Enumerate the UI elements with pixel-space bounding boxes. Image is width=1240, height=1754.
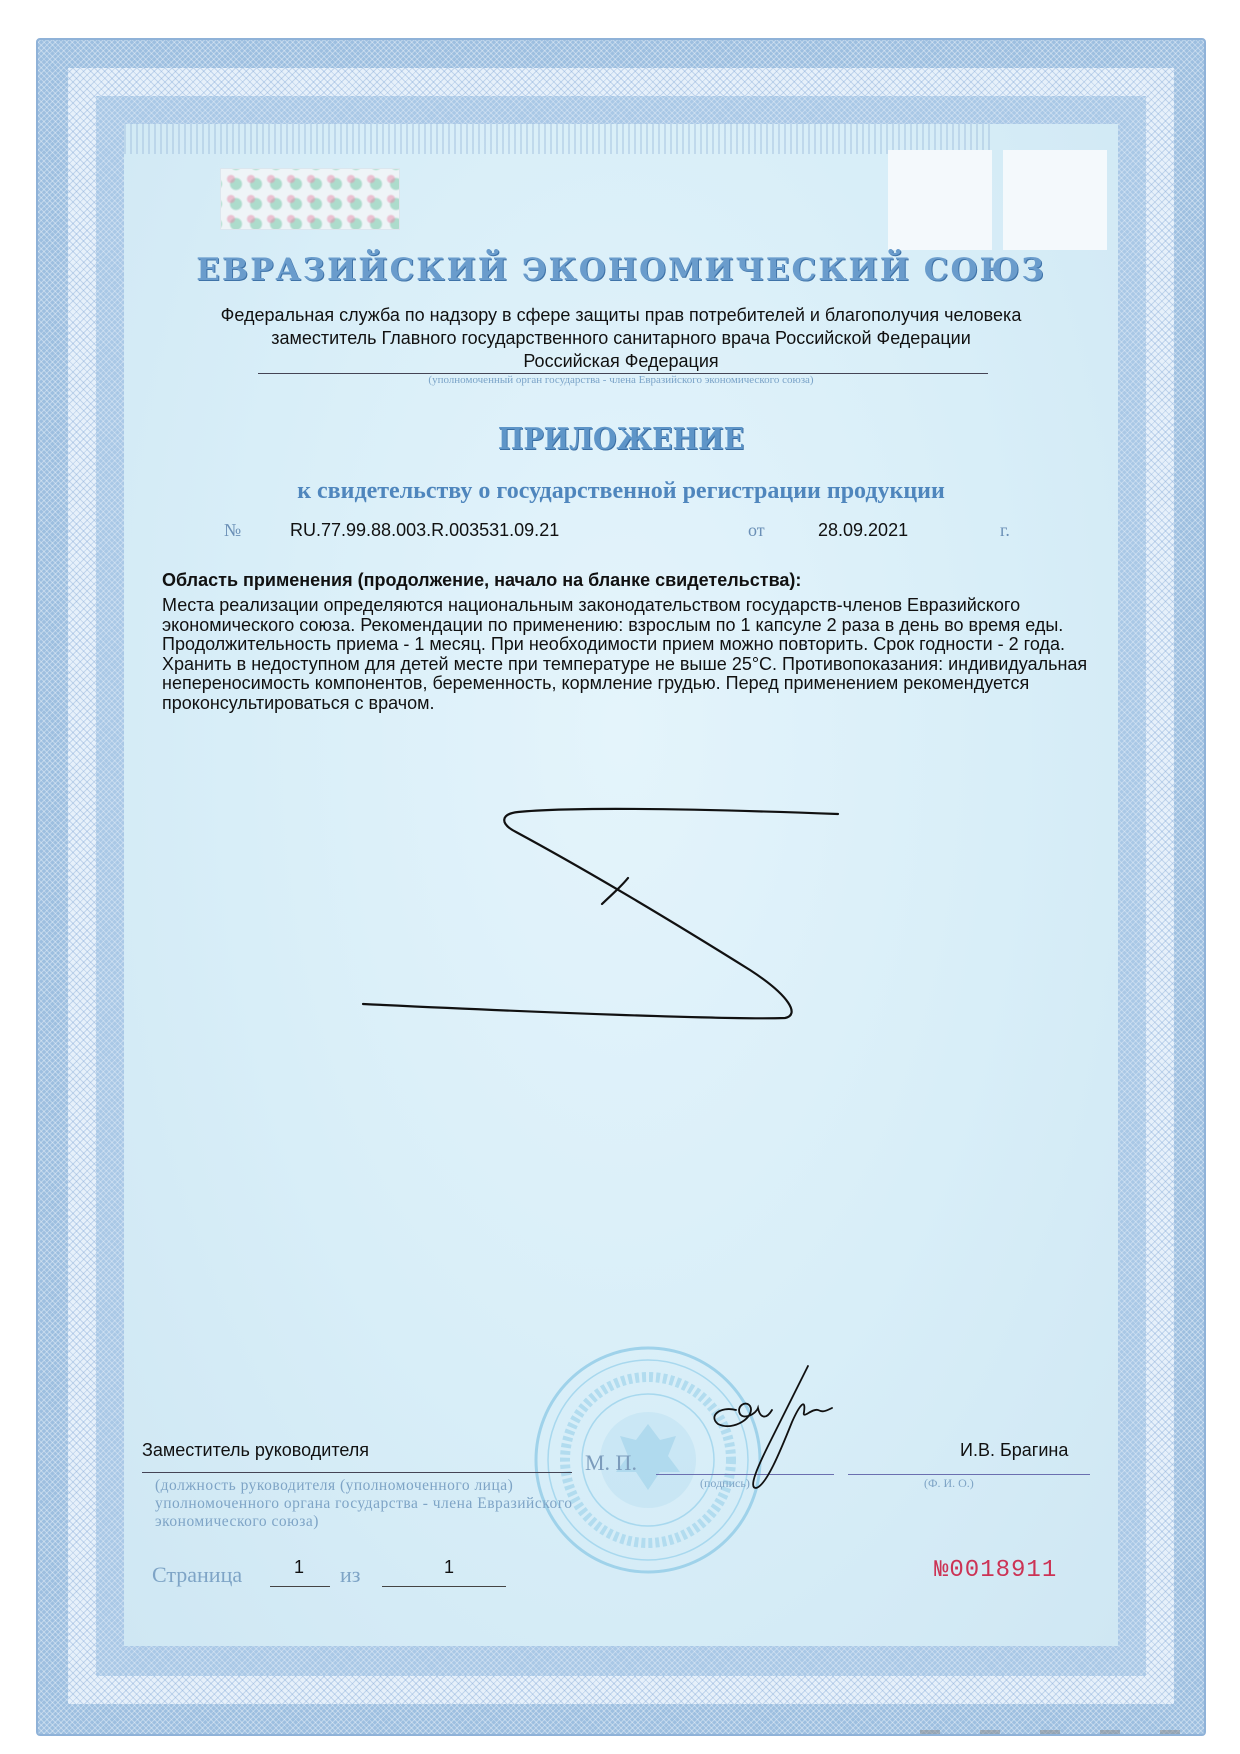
union-title: ЕВРАЗИЙСКИЙ ЭКОНОМИЧЕСКИЙ СОЮЗ — [124, 252, 1118, 288]
hologram-icon — [220, 168, 400, 230]
blank-field-left — [888, 150, 992, 250]
total-pages-underline — [382, 1586, 506, 1587]
agency-name: Федеральная служба по надзору в сфере за… — [124, 305, 1118, 326]
current-page: 1 — [294, 1557, 304, 1578]
number-sign: № — [224, 520, 241, 541]
year-suffix: г. — [1000, 520, 1010, 541]
agency-caption: (уполномоченный орган государства - член… — [124, 374, 1118, 386]
agency-country: Российская Федерация — [124, 351, 1118, 372]
signer-full-name: И.В. Брагина — [960, 1440, 1068, 1461]
security-strip — [124, 124, 994, 154]
blank-field-right — [1003, 150, 1107, 250]
annex-subtitle: к свидетельству о государственной регист… — [124, 478, 1118, 505]
seal-place-label: М. П. — [585, 1450, 637, 1476]
current-page-underline — [270, 1586, 330, 1587]
scope-body: Места реализации определяются национальн… — [162, 596, 1097, 713]
position-underline — [142, 1472, 572, 1473]
page-of-label: из — [340, 1562, 360, 1588]
full-name-caption: (Ф. И. О.) — [924, 1476, 974, 1491]
signer-position: Заместитель руководителя — [142, 1440, 369, 1461]
agency-official: заместитель Главного государственного са… — [124, 328, 1118, 349]
registration-row: № RU.77.99.88.003.R.003531.09.21 от 28.0… — [0, 520, 1240, 546]
registration-date: 28.09.2021 — [818, 520, 908, 541]
form-serial-number: №0018911 — [934, 1557, 1057, 1584]
page-label: Страница — [152, 1562, 242, 1588]
annex-title: ПРИЛОЖЕНИЕ — [174, 422, 1069, 457]
registration-number: RU.77.99.88.003.R.003531.09.21 — [290, 520, 559, 541]
position-caption: (должность руководителя (уполномоченного… — [155, 1477, 575, 1531]
handwritten-signature — [700, 1362, 860, 1502]
full-name-underline — [848, 1474, 1090, 1475]
from-label: от — [748, 520, 765, 541]
total-pages: 1 — [444, 1557, 454, 1578]
strike-through-mark — [330, 780, 850, 1020]
printer-mark — [920, 1730, 1210, 1734]
scope-heading: Область применения (продолжение, начало … — [162, 570, 801, 591]
